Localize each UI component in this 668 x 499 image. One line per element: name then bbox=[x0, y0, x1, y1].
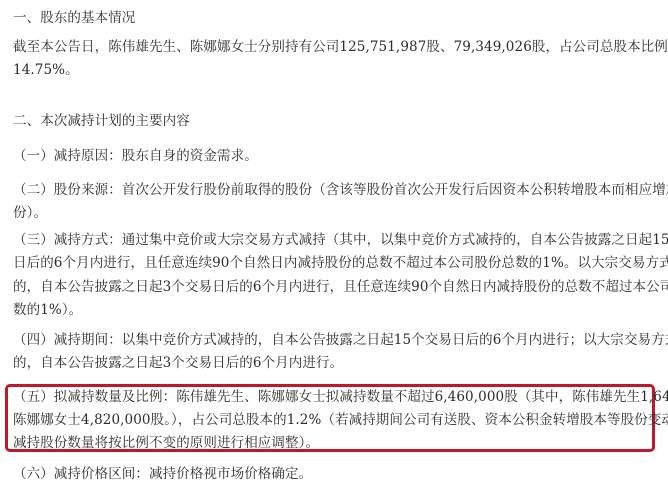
item-4-period-line-2: 的，自本公告披露之日起3个交易日后的6个月内进行。 bbox=[13, 353, 656, 373]
item-3-method-line-2: 日后的6个月内进行，且任意连续90个自然日内减持股份的总数不超过本公司股份总数的… bbox=[13, 253, 656, 273]
section-1-heading: 一、股东的基本情况 bbox=[13, 8, 656, 28]
item-5-quantity-line-3: 减持股份数量将按比例不变的原则进行相应调整）。 bbox=[13, 433, 656, 453]
item-3-method-line-4: 数的1%）。 bbox=[13, 300, 656, 320]
item-5-quantity-line-2: 陈娜娜女士4,820,000股。），占公司总股本的1.2%（若减持期间公司有送股… bbox=[13, 410, 656, 430]
item-2-source-line-1: （二）股份来源：首次公开发行股份前取得的股份（含该等股份首次公开发行后因资本公积… bbox=[13, 180, 656, 200]
section-2-heading: 二、本次减持计划的主要内容 bbox=[13, 111, 656, 131]
item-6-price-range: （六）减持价格区间：减持价格视市场价格确定。 bbox=[13, 464, 656, 484]
shareholder-info-line-2: 14.75%。 bbox=[13, 60, 656, 80]
item-3-method-line-3: 的，自本公告披露之日起3个交易日后的6个月内进行，且任意连续90个自然日内减持股… bbox=[13, 277, 656, 297]
item-2-source-line-2: 份）。 bbox=[13, 203, 656, 223]
shareholder-info-line-1: 截至本公告日，陈伟雄先生、陈娜娜女士分别持有公司125,751,987股、79,… bbox=[13, 37, 656, 57]
item-1-reason: （一）减持原因：股东自身的资金需求。 bbox=[13, 146, 656, 166]
item-3-method-line-1: （三）减持方式：通过集中竞价或大宗交易方式减持（其中，以集中竞价方式减持的，自本… bbox=[13, 230, 656, 250]
item-4-period-line-1: （四）减持期间：以集中竞价方式减持的，自本公告披露之日起15个交易日后的6个月内… bbox=[13, 330, 656, 350]
item-5-quantity-line-1: （五）拟减持数量及比例：陈伟雄先生、陈娜娜女士拟减持数量不超过6,460,000… bbox=[13, 387, 656, 407]
